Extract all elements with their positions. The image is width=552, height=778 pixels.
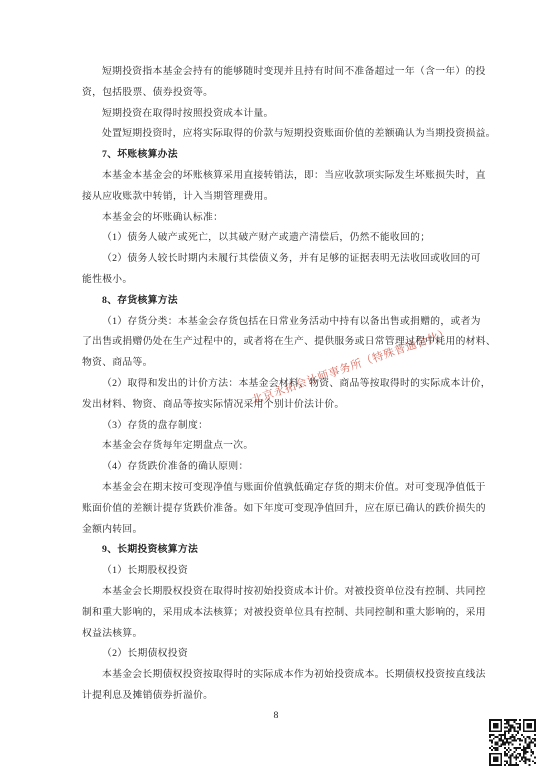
document-body: 短期投资指本基金会持有的能够随时变现并且持有时间不准备超过一年（含一年）的投资，… [82,62,474,707]
text-line: （2）取得和发出的计价方法：本基金会材料、物资、商品等按取得时的实际成本计价， [82,374,474,395]
text-line: 账面价值的差额计提存货跌价准备。如下年度可变现净值回升，应在原已确认的跌价损失的 [82,499,474,520]
text-line: 制和重大影响的，采用成本法核算；对被投资单位具有控制、共同控制和重大影响的，采用 [82,603,474,624]
text-line: 资，包括股票、债券投资等。 [82,83,474,104]
section-heading-line: 9、长期投资核算方法 [82,540,474,561]
section-heading-line: 7、坏账核算办法 [82,145,474,166]
text-line: 本基金本基金会的坏账核算采用直接转销法，即：当应收款项实际发生坏账损失时，直 [82,166,474,187]
text-line: 本基金会的坏账确认标准： [82,208,474,229]
text-line: （2）债务人较长时期内未履行其偿债义务，并有足够的证据表明无法收回或收回的可 [82,249,474,270]
text-line: （3）存货的盘存制度： [82,416,474,437]
text-line: （2）长期债权投资 [82,644,474,665]
text-line: 本基金会存货每年定期盘点一次。 [82,436,474,457]
document-page: 北京永拓会计师事务所（特殊普通合伙） 短期投资指本基金会持有的能够随时变现并且持… [0,0,552,778]
text-line: 物资、商品等。 [82,353,474,374]
text-line: 了出售或捐赠仍处在生产过程中的，或者将在生产、提供服务或日常管理过程中耗用的材料… [82,332,474,353]
text-line: 计提利息及摊销债券折溢价。 [82,686,474,707]
page-number: 8 [0,710,552,721]
text-line: 接从应收账款中转销，计入当期管理费用。 [82,187,474,208]
text-line: 短期投资在取得时按照投资成本计量。 [82,104,474,125]
text-line: 本基金会长期股权投资在取得时按初始投资成本计价。对被投资单位没有控制、共同控 [82,582,474,603]
section-heading-line: 8、存货核算方法 [82,291,474,312]
text-line: （1）存货分类：本基金会存货包括在日常业务活动中持有以备出售或捐赠的，或者为 [82,312,474,333]
text-line: （1）债务人破产或死亡，以其破产财产或遗产清偿后，仍然不能收回的； [82,228,474,249]
text-line: 能性极小。 [82,270,474,291]
text-line: 短期投资指本基金会持有的能够随时变现并且持有时间不准备超过一年（含一年）的投 [82,62,474,83]
text-line: （4）存货跌价准备的确认原则： [82,457,474,478]
text-line: 权益法核算。 [82,624,474,645]
text-line: 发出材料、物资、商品等按实际情况采用个别计价法计价。 [82,395,474,416]
text-line: 金额内转回。 [82,520,474,541]
text-line: （1）长期股权投资 [82,561,474,582]
text-line: 本基金会在期末按可变现净值与账面价值孰低确定存货的期末价值。对可变现净值低于 [82,478,474,499]
text-line: 本基金会长期债权投资按取得时的实际成本作为初始投资成本。长期债权投资按直线法 [82,665,474,686]
qr-code-icon [489,719,536,766]
text-line: 处置短期投资时，应将实际取得的价款与短期投资账面价值的差额确认为当期投资损益。 [82,124,474,145]
